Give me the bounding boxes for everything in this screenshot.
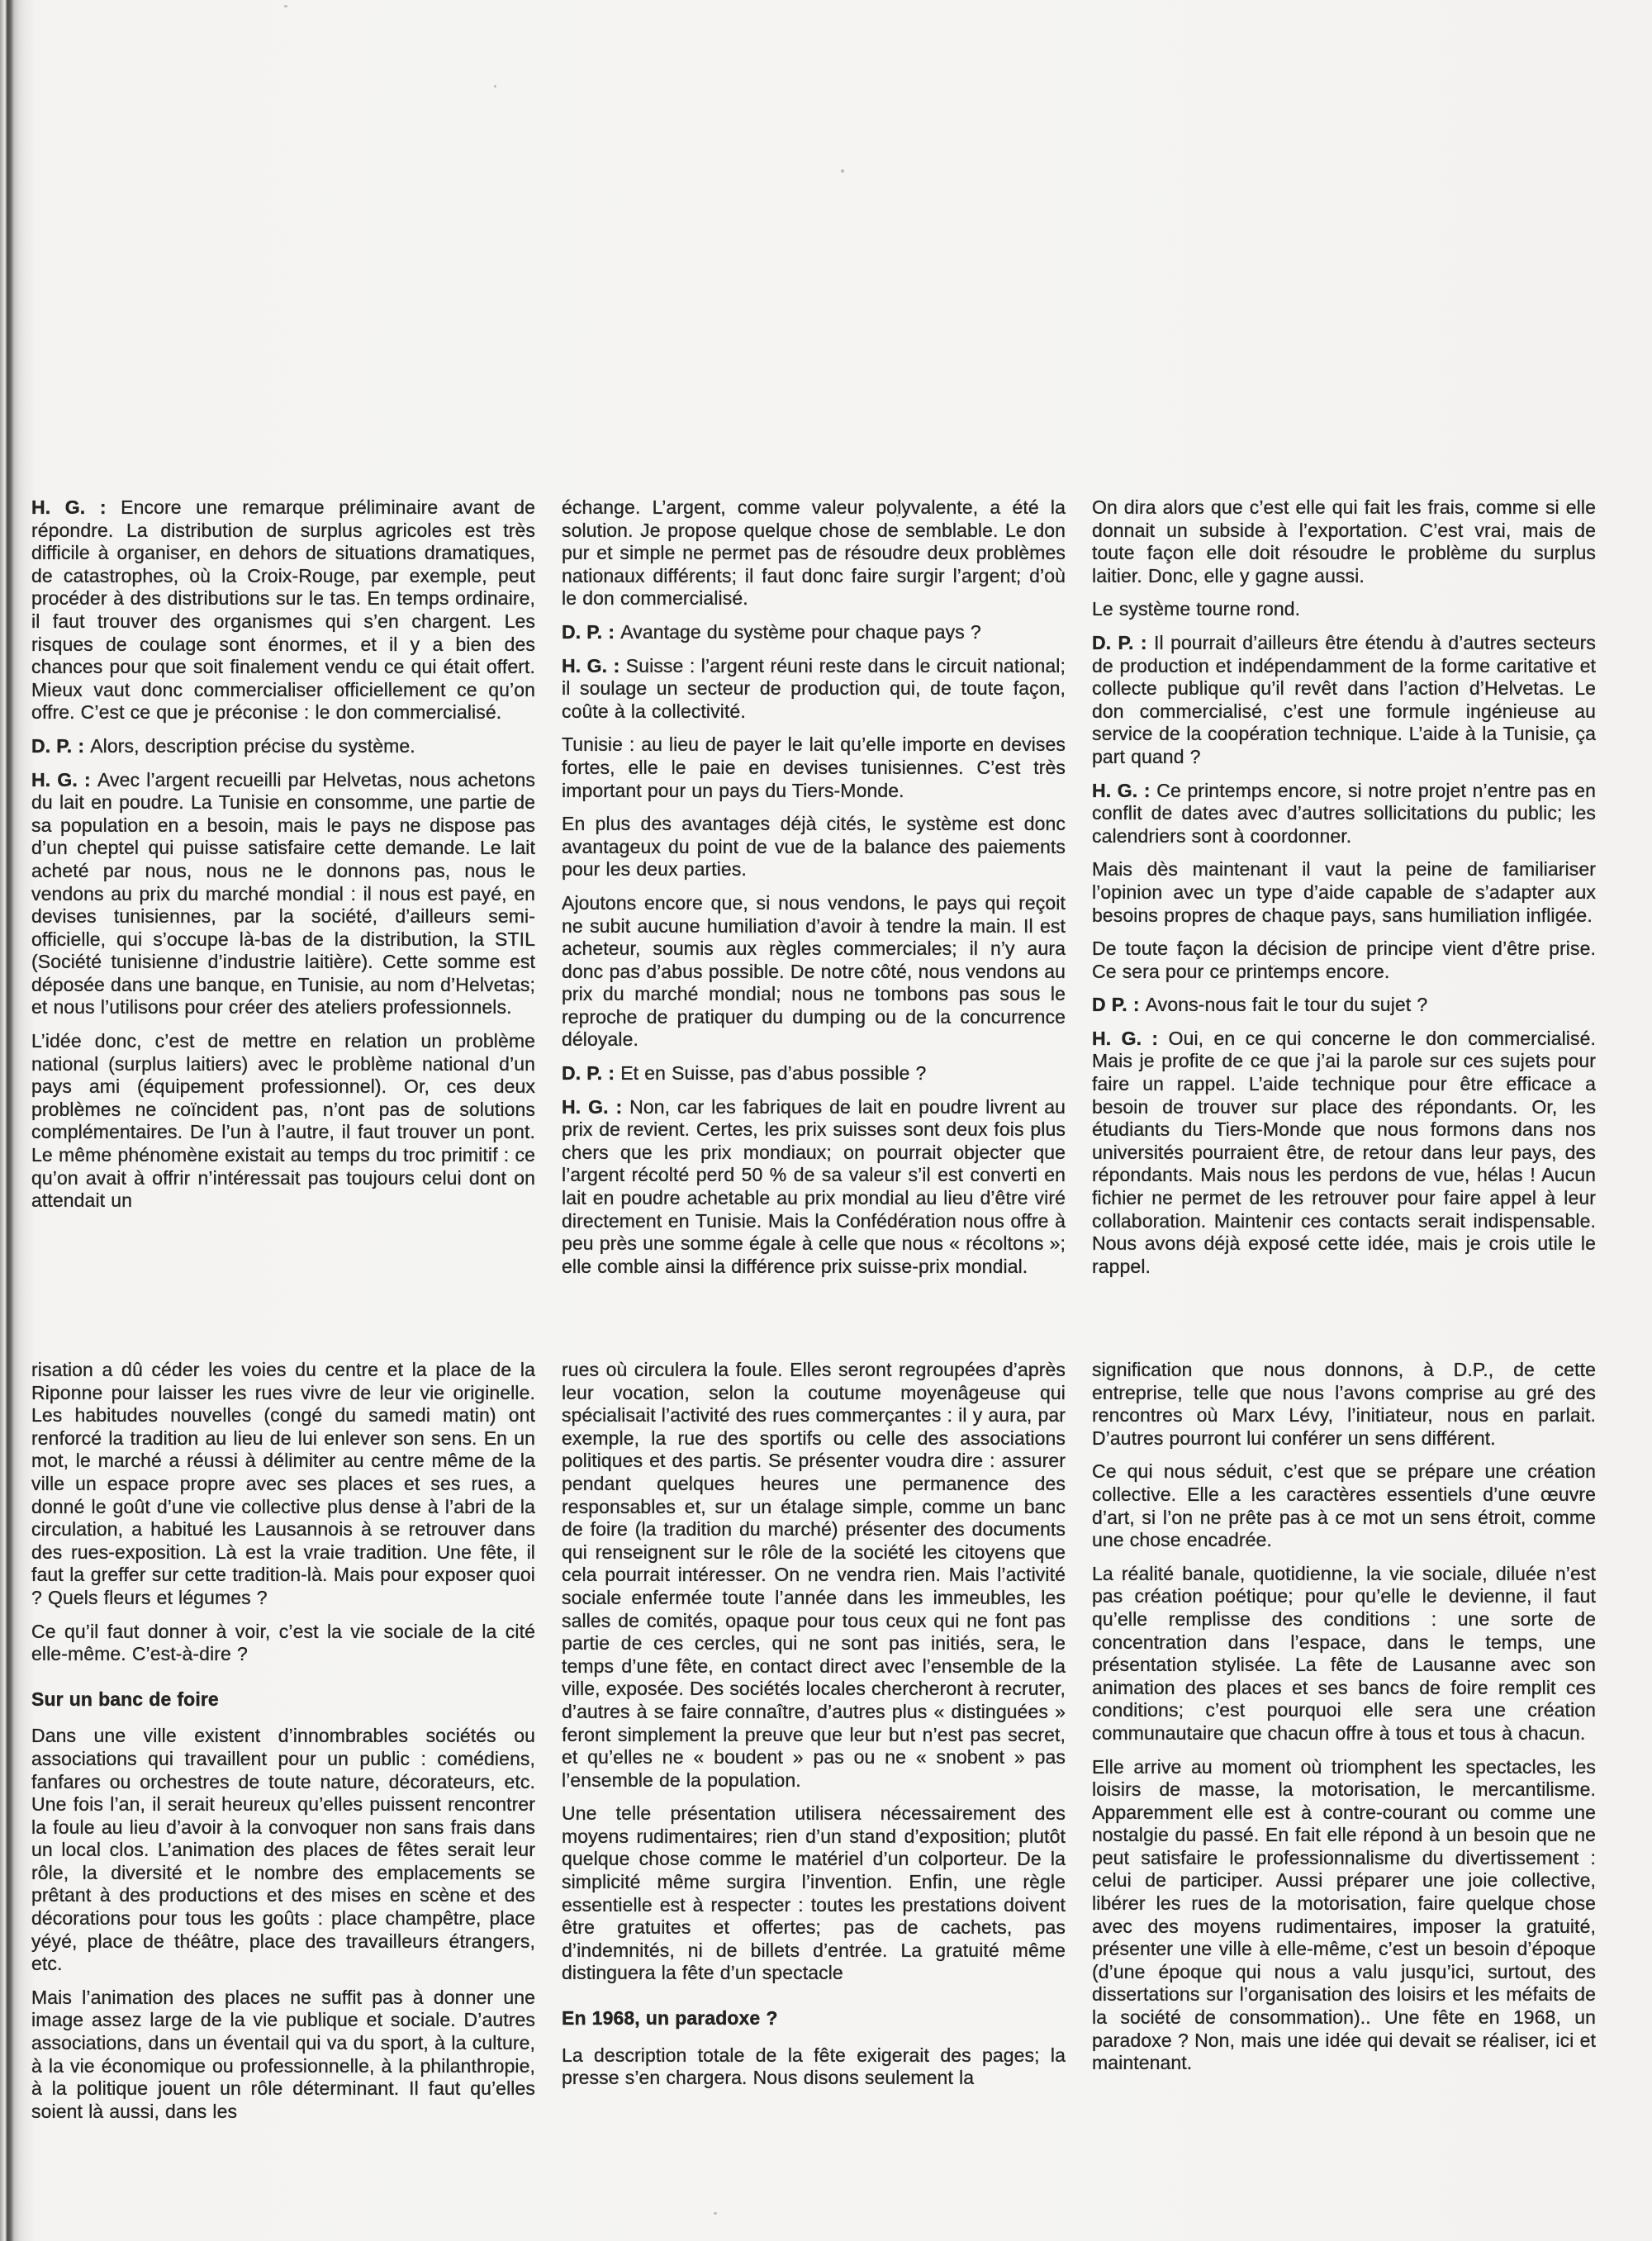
paragraph: Mais dès maintenant il vaut la peine de … bbox=[1092, 858, 1596, 927]
feature-column-3: signification que nous donnons, à D.P., … bbox=[1092, 1359, 1596, 2123]
interview-column-2: échange. L’argent, comme valeur polyvale… bbox=[562, 496, 1066, 1278]
dialogue-paragraph: H. G. : Oui, en ce qui concerne le don c… bbox=[1092, 1028, 1596, 1279]
magazine-page: H. G. : Encore une remarque préliminaire… bbox=[0, 0, 1652, 2241]
interview-column-1: H. G. : Encore une remarque préliminaire… bbox=[31, 496, 535, 1278]
scan-speck bbox=[494, 85, 496, 88]
paragraph: La réalité banale, quotidienne, la vie s… bbox=[1092, 1563, 1596, 1745]
paragraph: signification que nous donnons, à D.P., … bbox=[1092, 1359, 1596, 1450]
dialogue-paragraph: D. P. : Avantage du système pour chaque … bbox=[562, 621, 1066, 644]
paragraph: risation a dû céder les voies du centre … bbox=[31, 1359, 535, 1610]
dialogue-paragraph: H. G. : Encore une remarque préliminaire… bbox=[31, 496, 535, 724]
speaker-label: D. P. : bbox=[562, 1062, 620, 1084]
paragraph: Mais l’animation des places ne suffit pa… bbox=[31, 1987, 535, 2124]
speaker-label: H. G. : bbox=[562, 1096, 629, 1118]
scan-speck bbox=[841, 169, 844, 173]
scan-speck bbox=[284, 5, 287, 7]
paragraph: La description totale de la fête exigera… bbox=[562, 2044, 1066, 2090]
scan-speck bbox=[714, 2212, 717, 2215]
feature-column-2: rues où circulera la foule. Elles seront… bbox=[562, 1359, 1066, 2123]
subheading: Sur un banc de foire bbox=[31, 1688, 535, 1712]
paragraph: Ce qui nous séduit, c’est que se prépare… bbox=[1092, 1460, 1596, 1551]
dialogue-paragraph: D. P. : Et en Suisse, pas d’abus possibl… bbox=[562, 1062, 1066, 1085]
speaker-label: H. G. : bbox=[31, 496, 121, 518]
subheading: En 1968, un paradoxe ? bbox=[562, 2007, 1066, 2030]
interview-column-3: On dira alors que c’est elle qui fait le… bbox=[1092, 496, 1596, 1278]
dialogue-paragraph: D. P. : Il pourrait d’ailleurs être éten… bbox=[1092, 632, 1596, 769]
paragraph: échange. L’argent, comme valeur polyvale… bbox=[562, 496, 1066, 610]
paragraph: De toute façon la décision de principe v… bbox=[1092, 938, 1596, 983]
paragraph: En plus des avantages déjà cités, le sys… bbox=[562, 813, 1066, 881]
speaker-label: D. P. : bbox=[562, 621, 620, 643]
dialogue-paragraph: D P. : Avons-nous fait le tour du sujet … bbox=[1092, 994, 1596, 1017]
paragraph: Ajoutons encore que, si nous vendons, le… bbox=[562, 892, 1066, 1052]
speaker-label: H. G. : bbox=[1092, 1028, 1169, 1049]
paragraph: rues où circulera la foule. Elles seront… bbox=[562, 1359, 1066, 1792]
paragraph: On dira alors que c’est elle qui fait le… bbox=[1092, 496, 1596, 587]
speaker-label: H. G. : bbox=[31, 769, 97, 791]
speaker-label: D. P. : bbox=[1092, 632, 1154, 653]
speaker-label: D. P. : bbox=[31, 735, 90, 757]
feature-section: risation a dû céder les voies du centre … bbox=[31, 1359, 1596, 2123]
paragraph: Tunisie : au lieu de payer le lait qu’el… bbox=[562, 734, 1066, 802]
interview-section: H. G. : Encore une remarque préliminaire… bbox=[31, 496, 1596, 1278]
feature-column-1: risation a dû céder les voies du centre … bbox=[31, 1359, 535, 2123]
dialogue-paragraph: H. G. : Non, car les fabriques de lait e… bbox=[562, 1096, 1066, 1279]
paragraph: Elle arrive au moment où triomphent les … bbox=[1092, 1756, 1596, 2075]
dialogue-paragraph: H. G. : Ce printemps encore, si notre pr… bbox=[1092, 780, 1596, 848]
speaker-label: H. G. : bbox=[562, 655, 626, 677]
speaker-label: H. G. : bbox=[1092, 780, 1156, 801]
speaker-label: D P. : bbox=[1092, 994, 1146, 1015]
dialogue-paragraph: H. G. : Suisse : l’argent réuni reste da… bbox=[562, 655, 1066, 724]
paragraph: Le système tourne rond. bbox=[1092, 598, 1596, 621]
dialogue-paragraph: H. G. : Avec l’argent recueilli par Helv… bbox=[31, 769, 535, 1020]
paragraph: L’idée donc, c’est de mettre en relation… bbox=[31, 1030, 535, 1213]
paragraph: Une telle présentation utilisera nécessa… bbox=[562, 1802, 1066, 1985]
paragraph: Ce qu’il faut donner à voir, c’est la vi… bbox=[31, 1621, 535, 1666]
dialogue-paragraph: D. P. : Alors, description précise du sy… bbox=[31, 735, 535, 758]
paragraph: Dans une ville existent d’innombrables s… bbox=[31, 1725, 535, 1976]
